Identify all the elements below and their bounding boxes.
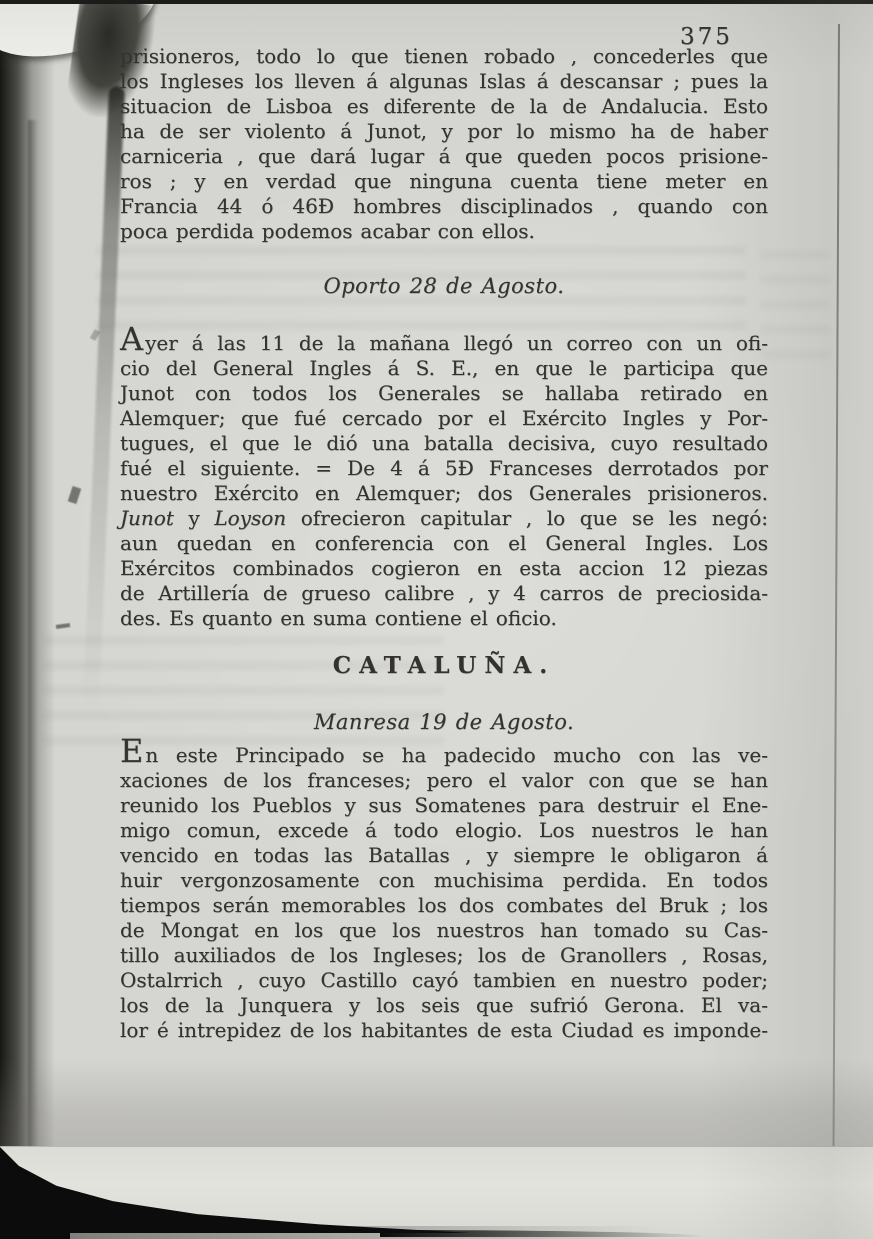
margin-ink-mark	[56, 623, 70, 629]
text-line: Ostalrrich , cuyo Castillo cayó tambien …	[120, 968, 768, 993]
top-edge-bar	[0, 0, 873, 4]
text-line: poca perdida podemos acabar con ellos.	[120, 219, 768, 244]
dateline-manresa: Manresa 19 de Agosto.	[120, 710, 768, 735]
text-line: lor é intrepidez de los habitantes de es…	[120, 1018, 768, 1043]
text-line: Ayer á las 11 de la mañana llegó un corr…	[120, 331, 768, 356]
text-line: ros ; y en verdad que ninguna cuenta tie…	[120, 169, 768, 194]
text-column: prisioneros, todo lo que tienen robado ,…	[120, 44, 768, 1043]
right-page-edge-line	[832, 24, 840, 1154]
text-line: Junot con todos los Generales se hallaba…	[120, 381, 768, 406]
text-line: vencido en todas las Batallas , y siempr…	[120, 843, 768, 868]
drop-cap-initial: E	[120, 732, 144, 770]
text-line: carniceria , que dará lugar á que queden…	[120, 144, 768, 169]
paragraph-lisboa-report: prisioneros, todo lo que tienen robado ,…	[120, 44, 768, 244]
text-line: tugues, el que le dió una batalla decisi…	[120, 431, 768, 456]
bottom-shadow-band	[0, 1058, 873, 1156]
text-line: los de la Junquera y los seis que sufrió…	[120, 993, 768, 1018]
paragraph-oporto-report: Ayer á las 11 de la mañana llegó un corr…	[120, 331, 768, 631]
text-line: situacion de Lisboa es diferente de la d…	[120, 94, 768, 119]
left-binding-ridge	[28, 120, 38, 1179]
paragraph-cataluna-report: En este Principado se ha padecido mucho …	[120, 743, 768, 1043]
show-through-ghost-text	[760, 250, 830, 360]
text-line: tiempos serán memorables los dos combate…	[120, 893, 768, 918]
text-line: de Mongat en los que los nuestros han to…	[120, 918, 768, 943]
dateline-oporto: Oporto 28 de Agosto.	[120, 274, 768, 299]
text-line: Exércitos combinados cogieron en esta ac…	[120, 556, 768, 581]
margin-ink-mark	[68, 486, 82, 504]
text-line: nuestro Exército en Alemquer; dos Genera…	[120, 481, 768, 506]
text-line: migo comun, excede á todo elogio. Los nu…	[120, 818, 768, 843]
text-line: Francia 44 ó 46Ɖ hombres disciplinados ,…	[120, 194, 768, 219]
text-line: los Ingleses los lleven á algunas Islas …	[120, 69, 768, 94]
section-cataluna: CATALUÑA.	[120, 653, 768, 678]
text-line: huir vergonzosamente con muchisima perdi…	[120, 868, 768, 893]
text-line: prisioneros, todo lo que tienen robado ,…	[120, 44, 768, 69]
text-line: En este Principado se ha padecido mucho …	[120, 743, 768, 768]
text-line: de Artillería de grueso calibre , y 4 ca…	[120, 581, 768, 606]
drop-cap-initial: A	[120, 320, 144, 358]
text-line: Junot y Loyson ofrecieron capitular , lo…	[120, 506, 768, 531]
text-line: xaciones de los franceses; pero el valor…	[120, 768, 768, 793]
text-line: reunido los Pueblos y sus Somatenes para…	[120, 793, 768, 818]
bottom-black-corner	[0, 1225, 70, 1239]
text-line: tillo auxiliados de los Ingleses; los de…	[120, 943, 768, 968]
binding-dark-streak	[83, 86, 125, 706]
text-line: cio del General Ingles á S. E., en que l…	[120, 356, 768, 381]
text-line: des. Es quanto en suma contiene el ofici…	[120, 606, 768, 631]
text-line: aun quedan en conferencia con el General…	[120, 531, 768, 556]
text-line: Alemquer; que fué cercado por el Exércit…	[120, 406, 768, 431]
scan-page: 375 prisioneros, todo lo que tienen roba…	[0, 0, 873, 1239]
text-line: fué el siguiente. = De 4 á 5Ɖ Franceses …	[120, 456, 768, 481]
text-line: ha de ser violento á Junot, y por lo mis…	[120, 119, 768, 144]
